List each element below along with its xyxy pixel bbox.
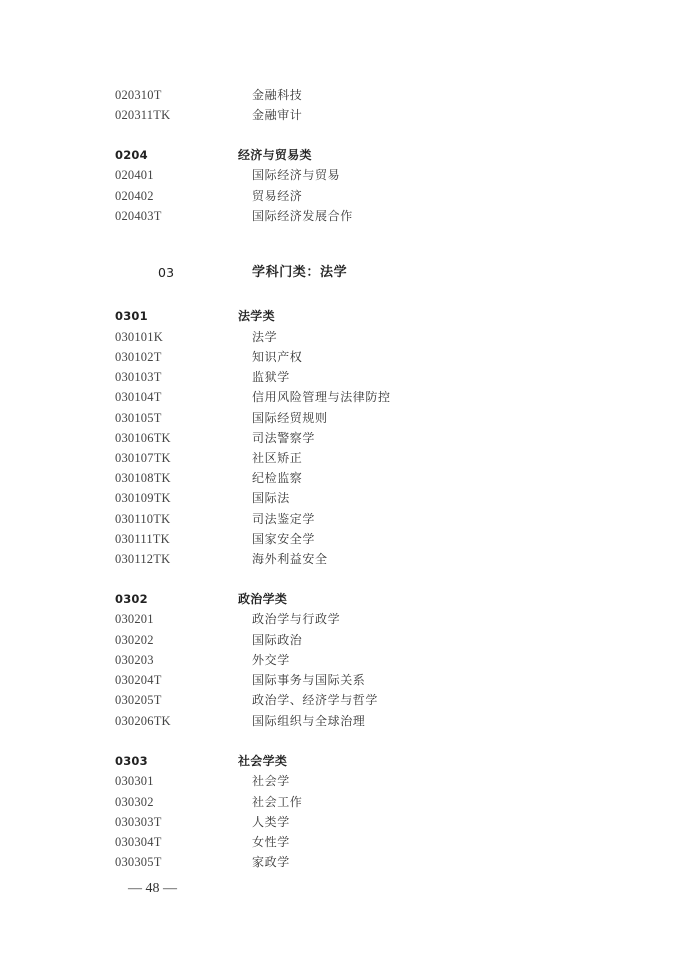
major-name: 法学类 bbox=[238, 306, 275, 326]
major-row: 030101K法学 bbox=[0, 327, 677, 347]
major-row: 030201政治学与行政学 bbox=[0, 609, 677, 629]
major-code: 030102T bbox=[115, 347, 162, 367]
major-name: 学科门类：法学 bbox=[252, 263, 347, 283]
major-code: 030302 bbox=[115, 792, 154, 812]
category-row: 0303社会学类 bbox=[0, 751, 677, 771]
major-code: 030206TK bbox=[115, 711, 171, 731]
major-code: 030303T bbox=[115, 812, 162, 832]
major-row: 030108TK纪检监察 bbox=[0, 468, 677, 488]
major-code: 0301 bbox=[115, 306, 148, 326]
major-row: 030303T人类学 bbox=[0, 812, 677, 832]
major-code: 030110TK bbox=[115, 509, 170, 529]
major-name: 纪检监察 bbox=[252, 468, 302, 488]
major-name: 外交学 bbox=[252, 650, 290, 670]
major-name: 法学 bbox=[252, 327, 277, 347]
major-code: 020403T bbox=[115, 206, 162, 226]
major-code: 0302 bbox=[115, 589, 148, 609]
major-name: 政治学、经济学与哲学 bbox=[252, 690, 378, 710]
major-row: 030112TK海外利益安全 bbox=[0, 549, 677, 569]
major-name: 司法警察学 bbox=[252, 428, 315, 448]
major-row: 020401国际经济与贸易 bbox=[0, 165, 677, 185]
major-code: 030108TK bbox=[115, 468, 171, 488]
major-row: 030305T家政学 bbox=[0, 852, 677, 872]
category-row: 0204经济与贸易类 bbox=[0, 145, 677, 165]
major-row: 020403T国际经济发展合作 bbox=[0, 206, 677, 226]
major-code: 030104T bbox=[115, 387, 162, 407]
major-row: 030302社会工作 bbox=[0, 792, 677, 812]
major-code: 020402 bbox=[115, 186, 154, 206]
major-name: 社区矫正 bbox=[252, 448, 302, 468]
major-name: 政治学与行政学 bbox=[252, 609, 340, 629]
major-code: 0303 bbox=[115, 751, 148, 771]
major-code: 030301 bbox=[115, 771, 154, 791]
major-code: 020311TK bbox=[115, 105, 170, 125]
major-row: 030304T女性学 bbox=[0, 832, 677, 852]
major-code: 030304T bbox=[115, 832, 162, 852]
major-code: 030205T bbox=[115, 690, 162, 710]
major-row: 030107TK社区矫正 bbox=[0, 448, 677, 468]
major-code: 020310T bbox=[115, 85, 162, 105]
major-name: 家政学 bbox=[252, 852, 290, 872]
major-name: 人类学 bbox=[252, 812, 290, 832]
major-name: 国际事务与国际关系 bbox=[252, 670, 365, 690]
major-code: 030103T bbox=[115, 367, 162, 387]
major-row: 030205T政治学、经济学与哲学 bbox=[0, 690, 677, 710]
major-name: 司法鉴定学 bbox=[252, 509, 315, 529]
major-code: 030101K bbox=[115, 327, 163, 347]
major-code: 030107TK bbox=[115, 448, 171, 468]
discipline-heading: 03学科门类：法学 bbox=[0, 263, 677, 283]
major-code: 030109TK bbox=[115, 488, 171, 508]
major-name: 监狱学 bbox=[252, 367, 290, 387]
major-name: 海外利益安全 bbox=[252, 549, 328, 569]
major-name: 国家安全学 bbox=[252, 529, 315, 549]
major-row: 030202国际政治 bbox=[0, 630, 677, 650]
major-name: 金融科技 bbox=[252, 85, 302, 105]
major-name: 国际政治 bbox=[252, 630, 302, 650]
major-name: 社会学 bbox=[252, 771, 290, 791]
major-code: 0204 bbox=[115, 145, 148, 165]
major-code: 030111TK bbox=[115, 529, 170, 549]
major-name: 金融审计 bbox=[252, 105, 302, 125]
category-row: 0301法学类 bbox=[0, 306, 677, 326]
major-code: 020401 bbox=[115, 165, 154, 185]
major-name: 贸易经济 bbox=[252, 186, 302, 206]
category-row: 0302政治学类 bbox=[0, 589, 677, 609]
major-row: 030204T国际事务与国际关系 bbox=[0, 670, 677, 690]
major-code: 030106TK bbox=[115, 428, 171, 448]
major-name: 知识产权 bbox=[252, 347, 302, 367]
major-name: 社会工作 bbox=[252, 792, 302, 812]
major-row: 020402贸易经济 bbox=[0, 186, 677, 206]
major-row: 030111TK国家安全学 bbox=[0, 529, 677, 549]
major-code: 030305T bbox=[115, 852, 162, 872]
major-name: 国际经济与贸易 bbox=[252, 165, 340, 185]
document-page: — 48 — 020310T金融科技020311TK金融审计0204经济与贸易类… bbox=[0, 0, 677, 958]
major-row: 030106TK司法警察学 bbox=[0, 428, 677, 448]
major-code: 030203 bbox=[115, 650, 154, 670]
major-row: 030102T知识产权 bbox=[0, 347, 677, 367]
major-row: 030110TK司法鉴定学 bbox=[0, 509, 677, 529]
major-row: 020311TK金融审计 bbox=[0, 105, 677, 125]
major-row: 030301社会学 bbox=[0, 771, 677, 791]
major-code: 030201 bbox=[115, 609, 154, 629]
major-row: 030105T国际经贸规则 bbox=[0, 408, 677, 428]
major-name: 政治学类 bbox=[238, 589, 287, 609]
major-name: 社会学类 bbox=[238, 751, 287, 771]
major-name: 经济与贸易类 bbox=[238, 145, 312, 165]
major-row: 030104T信用风险管理与法律防控 bbox=[0, 387, 677, 407]
major-name: 国际经贸规则 bbox=[252, 408, 328, 428]
major-row: 030206TK国际组织与全球治理 bbox=[0, 711, 677, 731]
major-name: 信用风险管理与法律防控 bbox=[252, 387, 391, 407]
major-code: 030112TK bbox=[115, 549, 170, 569]
major-row: 030103T监狱学 bbox=[0, 367, 677, 387]
page-number: — 48 — bbox=[128, 881, 177, 897]
major-code: 03 bbox=[158, 263, 174, 283]
major-name: 国际组织与全球治理 bbox=[252, 711, 365, 731]
major-name: 国际法 bbox=[252, 488, 290, 508]
major-row: 030203外交学 bbox=[0, 650, 677, 670]
major-code: 030105T bbox=[115, 408, 162, 428]
major-row: 030109TK国际法 bbox=[0, 488, 677, 508]
major-code: 030202 bbox=[115, 630, 154, 650]
major-code: 030204T bbox=[115, 670, 162, 690]
major-name: 国际经济发展合作 bbox=[252, 206, 353, 226]
major-row: 020310T金融科技 bbox=[0, 85, 677, 105]
major-name: 女性学 bbox=[252, 832, 290, 852]
